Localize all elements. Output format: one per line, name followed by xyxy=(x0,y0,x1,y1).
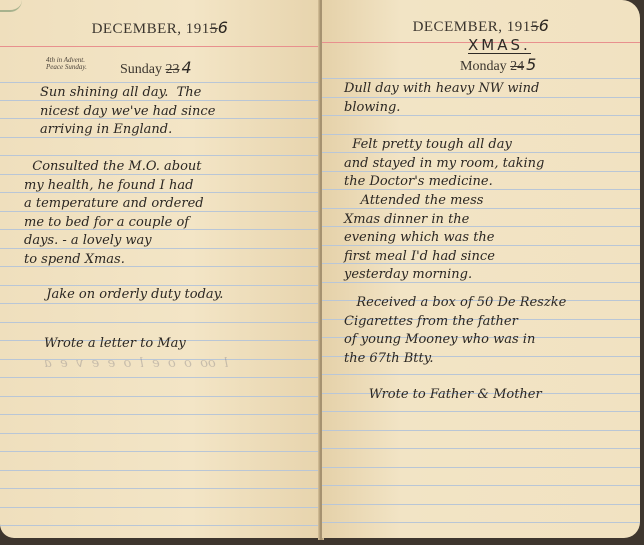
corner-flourish xyxy=(0,0,22,12)
handwritten-year-correction: 6 xyxy=(218,18,229,37)
ruled-line xyxy=(322,411,640,412)
header-red-rule xyxy=(0,46,320,47)
diary-entry: Attended the mess Xmas dinner in the eve… xyxy=(344,192,495,285)
xmas-heading-note: XMAS. xyxy=(468,38,531,54)
ruled-line xyxy=(322,374,640,375)
handwritten-year-correction: 6 xyxy=(539,16,550,35)
diary-entry: Jake on orderly duty today. xyxy=(38,286,223,305)
ruled-line xyxy=(0,322,320,323)
ruled-line xyxy=(322,485,640,486)
ruled-line xyxy=(322,448,640,449)
month-header: DECEMBER, 19156 xyxy=(0,18,320,38)
ruled-line xyxy=(322,430,640,431)
ruled-line xyxy=(322,134,640,135)
diary-entry: Consulted the M.O. about my health, he f… xyxy=(24,158,204,270)
ruled-line xyxy=(0,155,320,156)
handwritten-date-correction: 5 xyxy=(526,55,536,74)
diary-entry: Dull day with heavy NW wind blowing. xyxy=(344,80,539,117)
printed-year-digit: 5 xyxy=(531,19,539,35)
ruled-line xyxy=(0,507,320,508)
diary-entry: Received a box of 50 De Reszke Cigarette… xyxy=(344,294,566,368)
handwritten-date-correction: 4 xyxy=(182,58,192,77)
printed-year-digit: 5 xyxy=(210,21,218,37)
ruled-line xyxy=(0,451,320,452)
ruled-line xyxy=(0,377,320,378)
ruled-line xyxy=(0,396,320,397)
ruled-line xyxy=(322,522,640,523)
ink-bleed-through: l oo o o e l o e e v e a xyxy=(44,356,228,371)
ruled-line xyxy=(322,467,640,468)
day-heading: Monday 245 xyxy=(460,55,536,75)
ruled-line xyxy=(322,504,640,505)
diary-entry: Wrote to Father & Mother xyxy=(344,386,542,405)
ruled-line xyxy=(0,470,320,471)
right-page: DECEMBER, 19156 XMAS. Monday 245 Dull da… xyxy=(322,0,640,538)
diary-entry: Wrote a letter to May xyxy=(44,335,186,354)
ruled-line xyxy=(0,433,320,434)
diary-entry: Sun shining all day. The nicest day we'v… xyxy=(40,84,215,140)
ruled-line xyxy=(0,525,320,526)
ruled-line xyxy=(0,488,320,489)
printed-date: 23 xyxy=(166,62,180,77)
weekday: Monday xyxy=(460,59,507,74)
ruled-line xyxy=(0,82,320,83)
feast-note: 4th in Advent. Peace Sunday. xyxy=(46,57,87,71)
weekday: Sunday xyxy=(120,62,162,77)
day-heading: Sunday 234 xyxy=(120,58,192,78)
left-page: DECEMBER, 19156 4th in Advent. Peace Sun… xyxy=(0,0,320,538)
diary-entry: Felt pretty tough all day and stayed in … xyxy=(344,136,544,192)
ruled-line xyxy=(322,78,640,79)
diary-spread: DECEMBER, 19156 4th in Advent. Peace Sun… xyxy=(0,0,644,545)
printed-date: 24 xyxy=(510,59,524,74)
ruled-line xyxy=(0,414,320,415)
month-header: DECEMBER, 19156 xyxy=(322,16,640,36)
